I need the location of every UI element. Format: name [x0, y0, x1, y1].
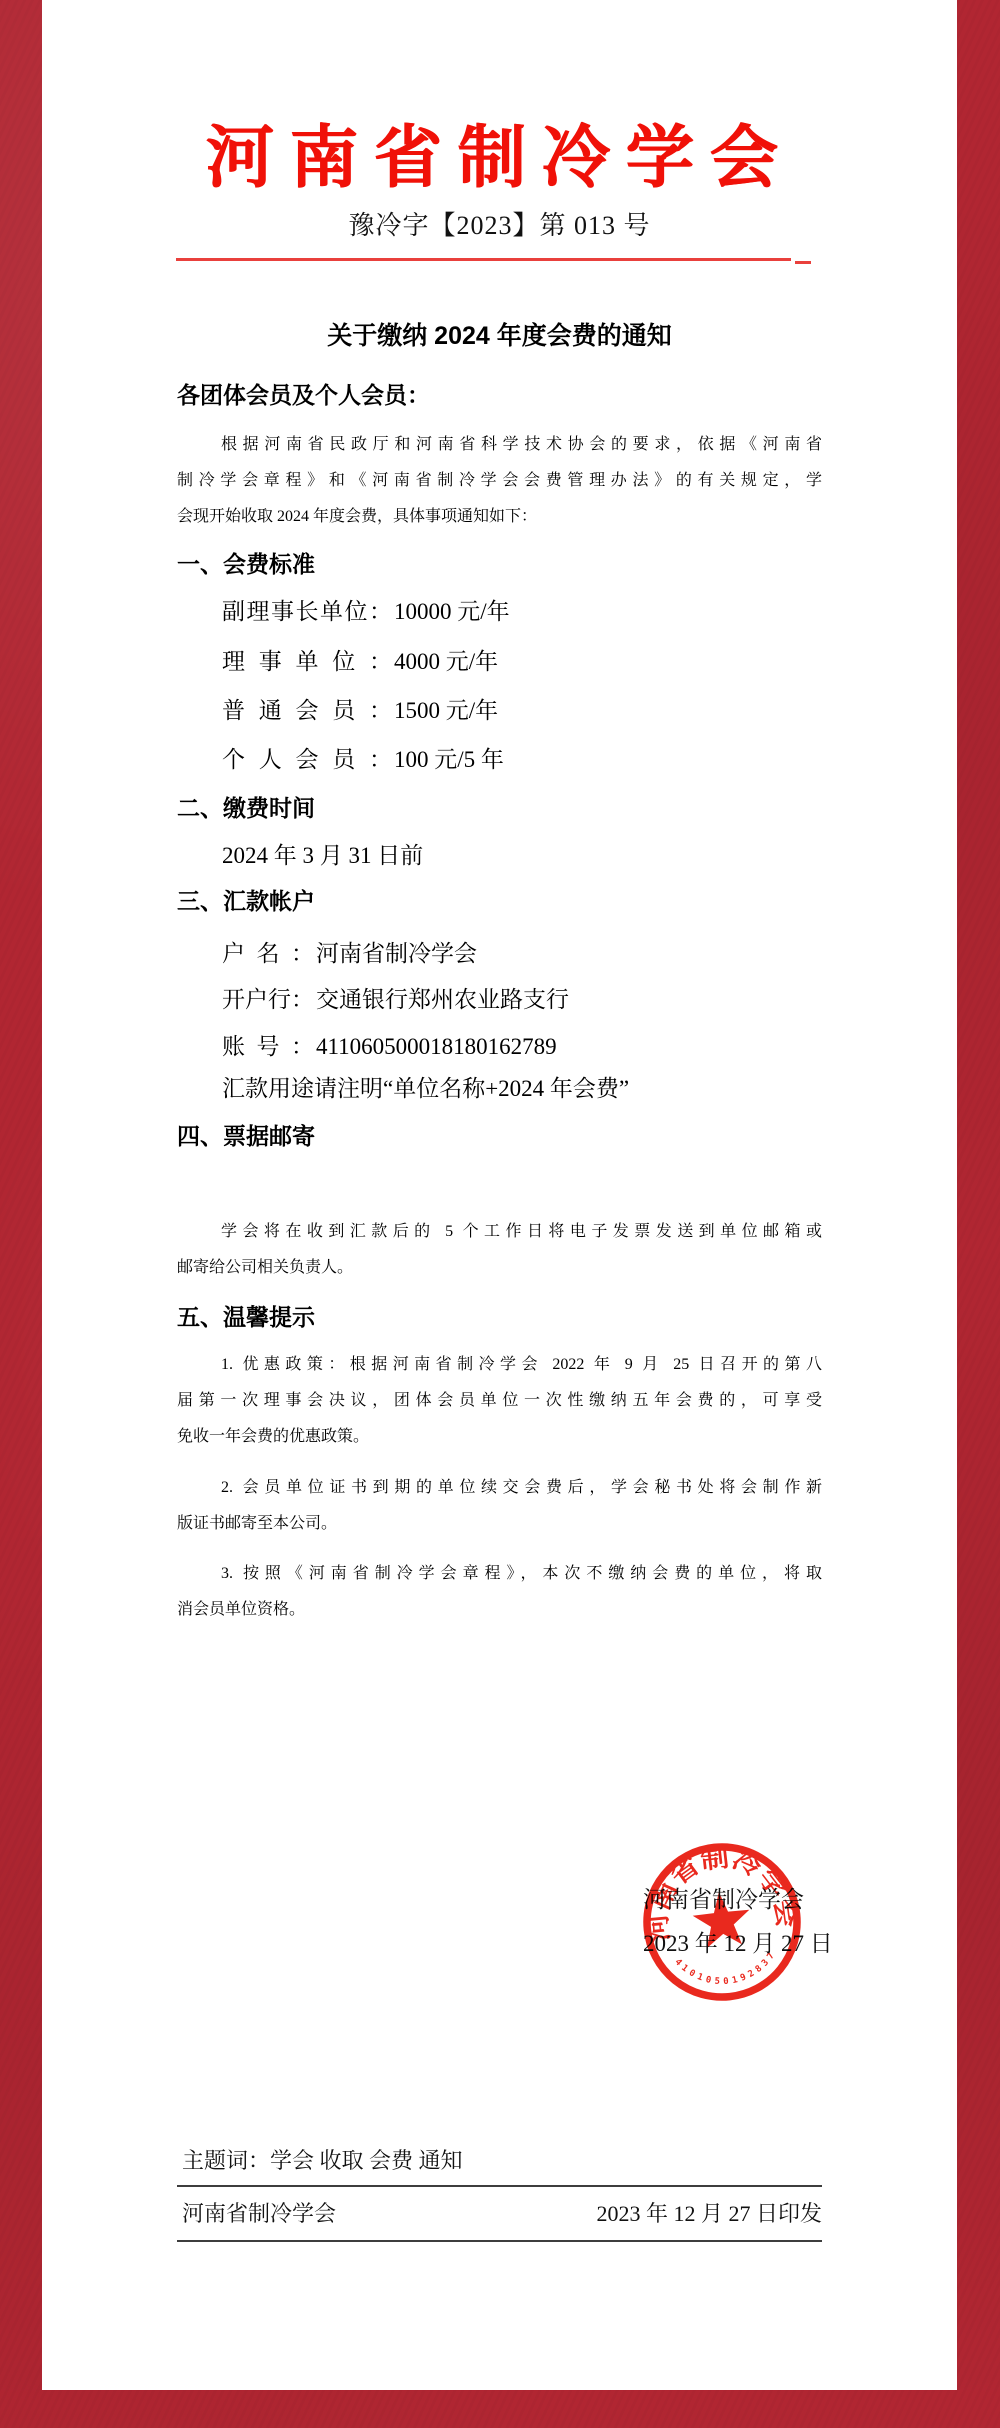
official-seal: 河南省制冷学会 4101050192837: [634, 1834, 810, 2010]
subject-keywords: 主题词：学会 收取 会费 通知: [182, 2143, 822, 2179]
footer-print-date: 2023 年 12 月 27 日印发: [596, 2196, 822, 2232]
section-heading-fees: 一、会费标准: [177, 546, 822, 582]
document-number: 豫冷字【2023】第 013 号: [42, 206, 957, 246]
fee-label: 个人会员：: [222, 742, 392, 778]
account-number-label: 账号：: [222, 1029, 314, 1065]
section-heading-invoice: 四、票据邮寄: [177, 1118, 822, 1154]
account-number-row: 账号：411060500018180162789: [177, 1029, 822, 1065]
tip2-line: 2. 会员单位证书到期的单位续交会费后，学会秘书处将会制作新: [177, 1470, 822, 1506]
deadline-row: 2024 年 3 月 31 日前: [177, 838, 822, 874]
notice-title: 关于缴纳 2024 年度会费的通知: [177, 318, 822, 354]
letterhead-org-title: 河南省制冷学会: [42, 118, 957, 198]
bank-value: 交通银行郑州农业路支行: [316, 982, 569, 1018]
account-name-value: 河南省制冷学会: [316, 936, 477, 972]
fee-row: 副理事长单位：10000 元/年: [177, 594, 822, 630]
fee-value: 4000 元/年: [394, 644, 498, 680]
tip3-line: 3. 按照《河南省制冷学会章程》，本次不缴纳会费的单位，将取: [177, 1556, 822, 1592]
letterhead-rule: [176, 258, 791, 261]
tip2-paragraph: 2. 会员单位证书到期的单位续交会费后，学会秘书处将会制作新 版证书邮寄至本公司…: [177, 1470, 822, 1542]
fee-row: 普通会员：1500 元/年: [177, 693, 822, 729]
account-name-row: 户名：河南省制冷学会: [177, 936, 822, 972]
fee-value: 100 元/5 年: [394, 742, 504, 778]
account-name-label: 户名：: [222, 936, 314, 972]
salutation: 各团体会员及个人会员：: [177, 377, 822, 413]
account-number-value: 411060500018180162789: [316, 1029, 557, 1065]
tip2-line: 版证书邮寄至本公司。: [177, 1506, 822, 1542]
intro-line: 根据河南省民政厅和河南省科学技术协会的要求，依据《河南省: [177, 427, 822, 463]
fee-value: 10000 元/年: [394, 594, 510, 630]
seal-star-icon: [691, 1889, 753, 1949]
invoice-line: 学会将在收到汇款后的 5 个工作日将电子发票发送到单位邮箱或: [177, 1214, 822, 1250]
tip3-paragraph: 3. 按照《河南省制冷学会章程》，本次不缴纳会费的单位，将取 消会员单位资格。: [177, 1556, 822, 1628]
footer-rule-bottom: [177, 2240, 822, 2242]
tip1-paragraph: 1. 优惠政策：根据河南省制冷学会 2022 年 9 月 25 日召开的第八 届…: [177, 1347, 822, 1455]
intro-line: 会现开始收取 2024 年度会费，具体事项通知如下：: [177, 499, 822, 535]
tip3-line: 消会员单位资格。: [177, 1592, 822, 1628]
fee-label: 理事单位：: [222, 644, 392, 680]
invoice-line: 邮寄给公司相关负责人。: [177, 1250, 822, 1286]
tip1-line: 1. 优惠政策：根据河南省制冷学会 2022 年 9 月 25 日召开的第八: [177, 1347, 822, 1383]
remit-note-row: 汇款用途请注明“单位名称+2024 年会费”: [177, 1071, 822, 1107]
intro-line: 制冷学会章程》和《河南省制冷学会会费管理办法》的有关规定，学: [177, 463, 822, 499]
fee-label: 副理事长单位：: [222, 594, 392, 630]
fee-row: 理事单位：4000 元/年: [177, 644, 822, 680]
section-heading-tips: 五、温馨提示: [177, 1299, 822, 1335]
footer-issuer: 河南省制冷学会: [182, 2196, 336, 2232]
intro-paragraph: 根据河南省民政厅和河南省科学技术协会的要求，依据《河南省 制冷学会章程》和《河南…: [177, 427, 822, 535]
section-heading-account: 三、汇款帐户: [177, 883, 822, 919]
tip1-line: 届第一次理事会决议，团体会员单位一次性缴纳五年会费的，可享受: [177, 1383, 822, 1419]
invoice-paragraph: 学会将在收到汇款后的 5 个工作日将电子发票发送到单位邮箱或 邮寄给公司相关负责…: [177, 1214, 822, 1286]
fee-value: 1500 元/年: [394, 693, 498, 729]
bank-row: 开户行：交通银行郑州农业路支行: [177, 982, 822, 1018]
tip1-line: 免收一年会费的优惠政策。: [177, 1419, 822, 1455]
bank-label: 开户行：: [222, 982, 314, 1018]
fee-label: 普通会员：: [222, 693, 392, 729]
footer-row: 河南省制冷学会 2023 年 12 月 27 日印发: [182, 2196, 822, 2232]
letterhead-rule-dash: [795, 261, 811, 264]
document-paper: 河南省制冷学会 豫冷字【2023】第 013 号 关于缴纳 2024 年度会费的…: [42, 0, 957, 2390]
section-heading-deadline: 二、缴费时间: [177, 790, 822, 826]
fee-row: 个人会员：100 元/5 年: [177, 742, 822, 778]
footer-rule-top: [177, 2185, 822, 2187]
page: { "page": { "background_color": "#b12632…: [0, 0, 1000, 2428]
